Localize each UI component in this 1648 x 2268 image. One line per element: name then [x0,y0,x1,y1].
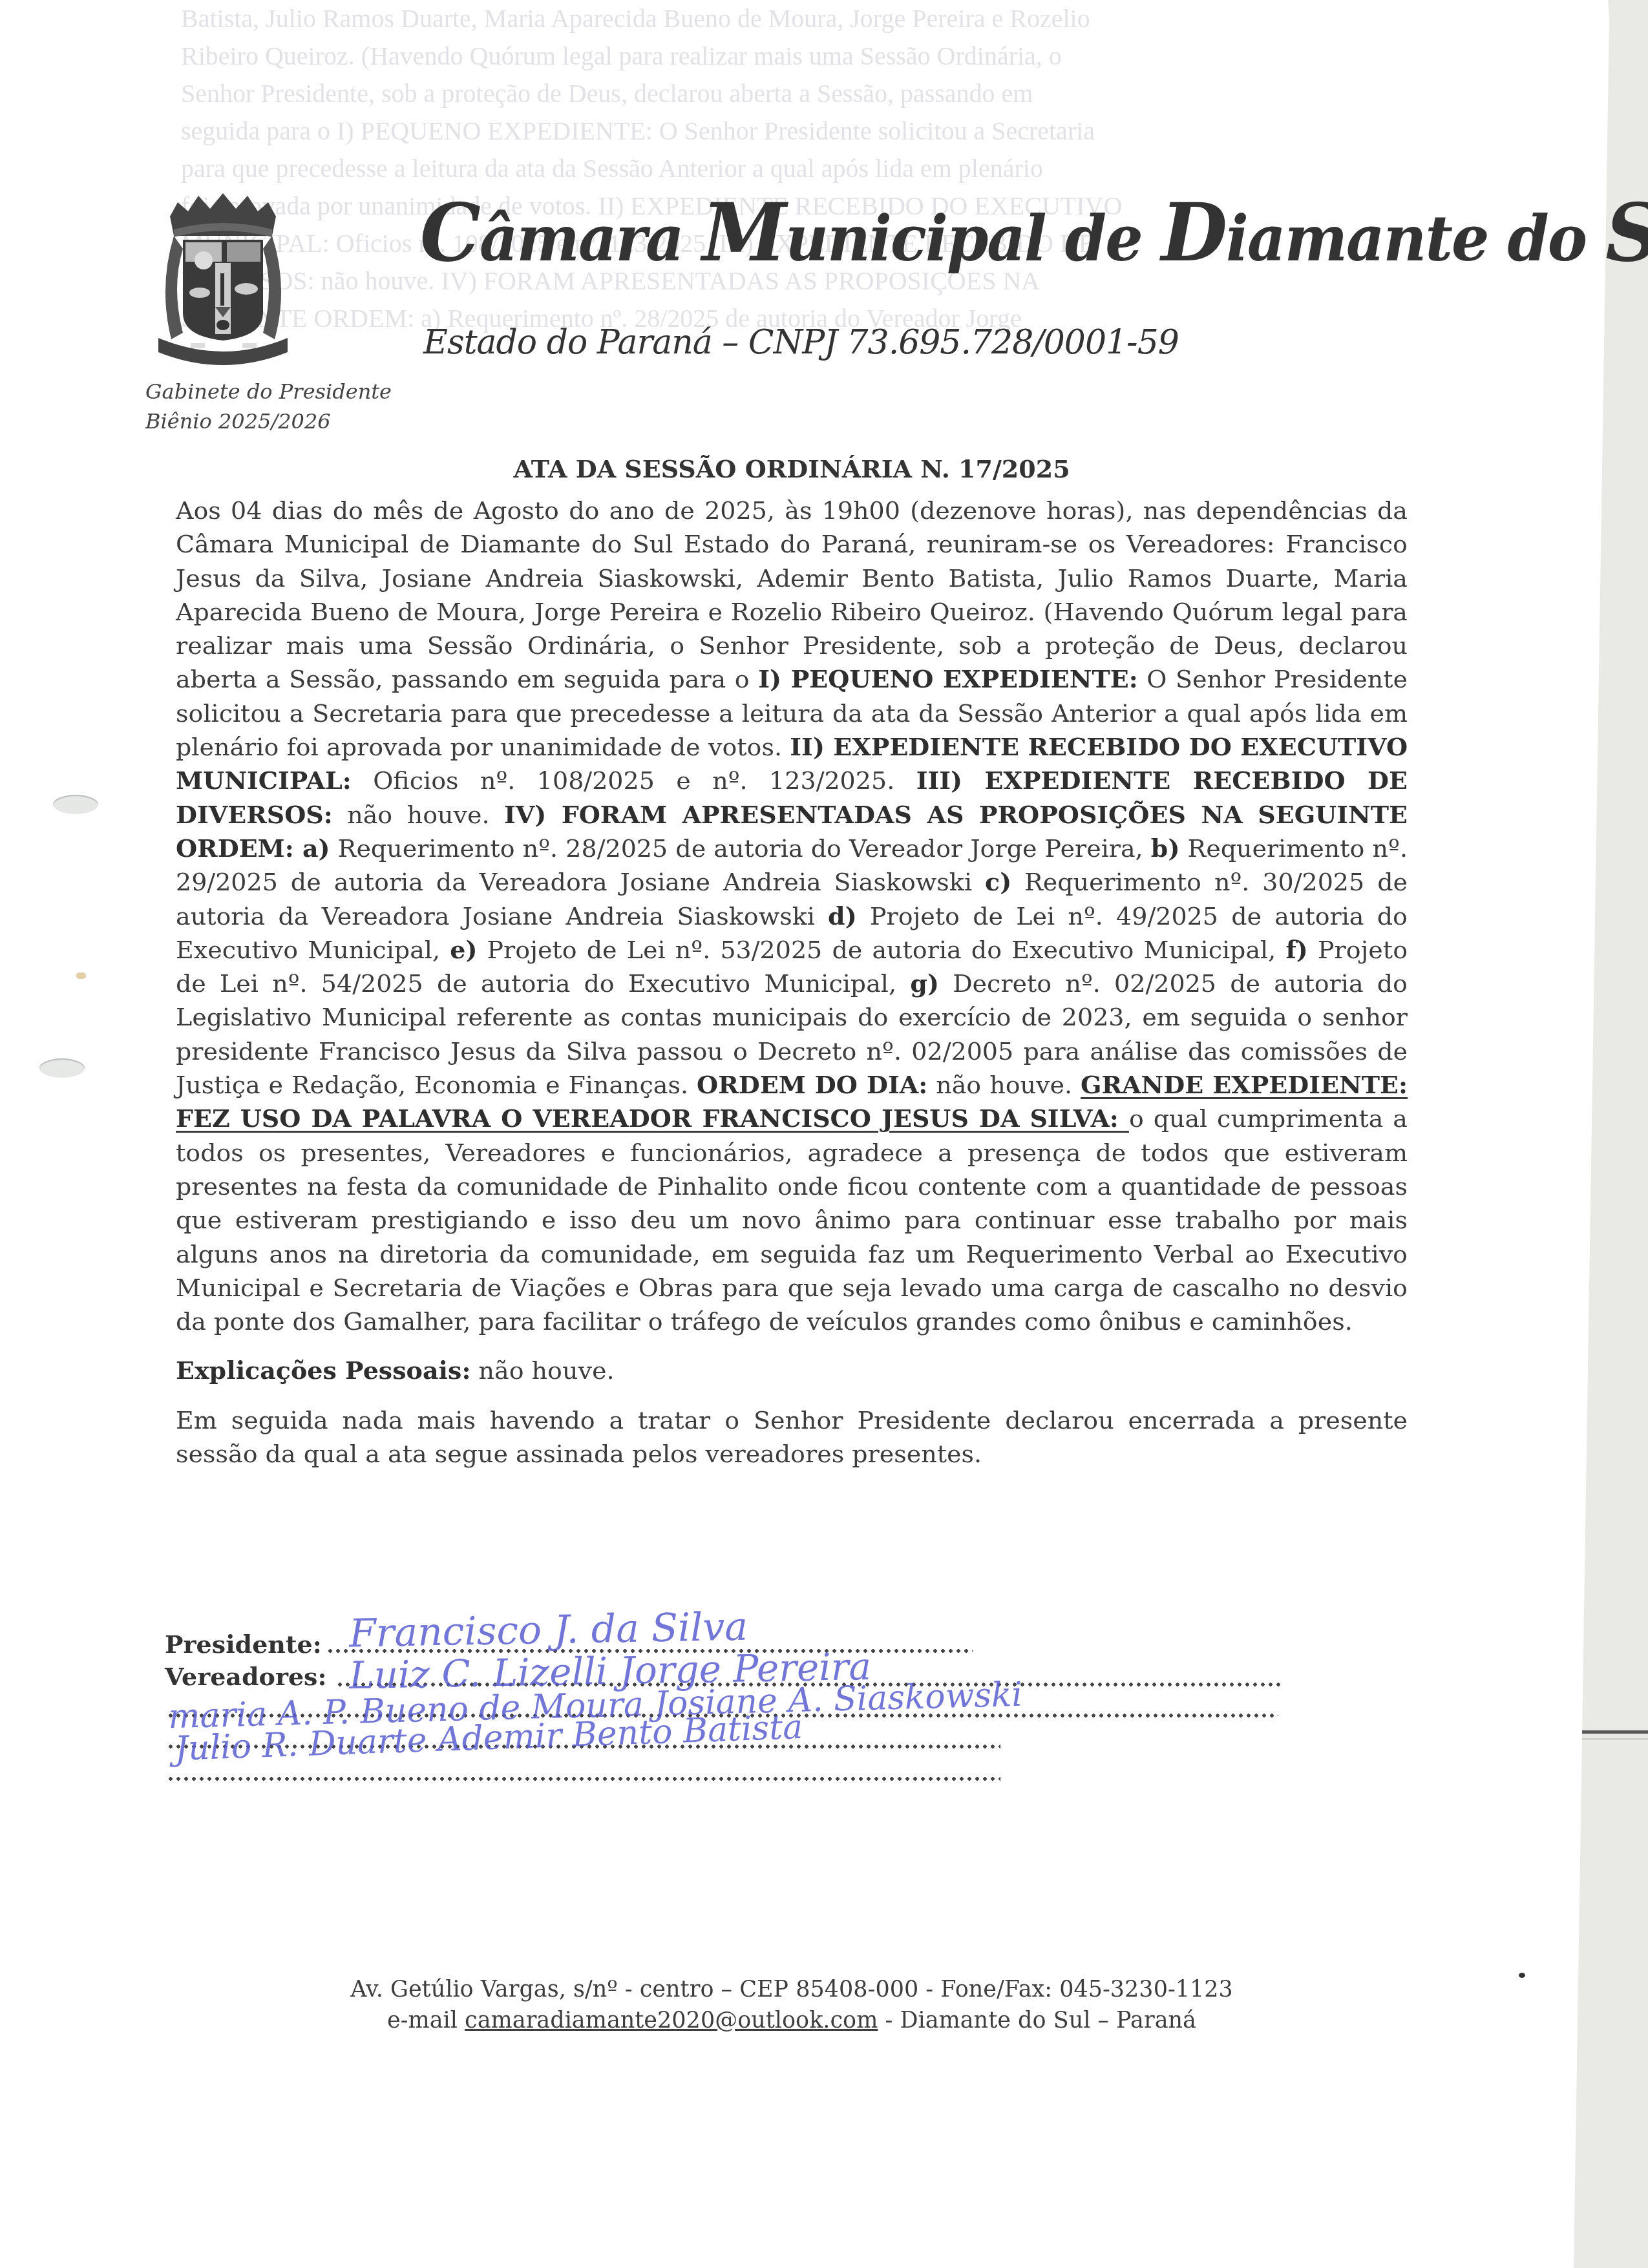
section-heading: b) [1151,834,1180,863]
office-block: Gabinete do Presidente Biênio 2025/2026 [145,377,392,436]
scanner-edge-line [1582,1738,1648,1740]
section-heading: c) [985,867,1011,896]
underlined-heading: FEZ USO DA PALAVRA O VEREADOR FRANCISCO … [176,1104,1129,1133]
minutes-body: Aos 04 dias do mês de Agosto do ano de 2… [176,494,1408,1471]
minutes-text: Oficios nº. 108/2025 e nº. 123/2025. [352,766,916,795]
title-initial: S [1605,185,1648,280]
section-label: Explicações Pessoais: [176,1356,470,1385]
office-name: Gabinete do Presidente [145,377,392,406]
footer-contact: e-mail camaradiamante2020@outlook.com - … [0,2005,1583,2036]
institution-name: Câmara Municipal de Diamante do Sul [420,185,1648,280]
paper-speck [76,972,86,979]
footer-address: Av. Getúlio Vargas, s/nº - centro – CEP … [0,1974,1583,2005]
punch-hole [53,795,98,814]
email-label: e-mail [387,2008,465,2033]
bleed-line: para que precedesse a leitura da ata da … [181,150,1409,187]
minutes-text: o qual cumprimenta a todos os presentes,… [176,1104,1408,1336]
bleed-line: Senhor Presidente, sob a proteção de Deu… [181,75,1409,112]
councillors-label: Vereadores: [165,1662,327,1691]
minutes-paragraph: Aos 04 dias do mês de Agosto do ano de 2… [176,494,1408,1338]
title-part: âmara [480,202,703,275]
bleed-line: Ribeiro Queiroz. (Havendo Quórum legal p… [181,37,1409,75]
underlined-heading: GRANDE EXPEDIENTE: [1081,1071,1408,1099]
bleed-line: Batista, Julio Ramos Duarte, Maria Apare… [181,0,1409,37]
punch-hole [39,1058,85,1078]
section-heading: GRANDE EXPEDIENTE: [1081,1070,1408,1099]
section-heading: f) [1285,935,1307,964]
councillors-signature-line: Vereadores: [165,1662,327,1691]
bleed-line: seguida para o I) PEQUENO EXPEDIENTE: O … [181,112,1409,150]
title-initial: D [1161,185,1226,280]
section-heading: g) [910,969,939,998]
institution-subtitle: Estado do Paraná – CNPJ 73.695.728/0001-… [423,323,1179,362]
minutes-text: Requerimento nº. 28/2025 de autoria do V… [330,834,1151,863]
president-signature-line: Presidente: [165,1630,322,1659]
title-initial: M [703,185,786,280]
coat-of-arms-icon [145,191,301,365]
section-heading: FEZ USO DA PALAVRA O VEREADOR FRANCISCO … [176,1104,1129,1133]
title-initial: C [420,185,480,280]
email-link[interactable]: camaradiamante2020@outlook.com [465,2008,878,2033]
minutes-text: Projeto de Lei nº. 53/2025 de autoria do… [477,936,1285,964]
footer-location: - Diamante do Sul – Paraná [878,2008,1196,2033]
section-heading: e) [450,935,477,964]
office-term: Biênio 2025/2026 [145,406,392,436]
minutes-text: não houve. [927,1071,1081,1099]
president-label: Presidente: [165,1630,322,1659]
minutes-text: não houve. [333,801,504,829]
section-heading: ORDEM DO DIA: [697,1070,927,1099]
title-part: iamante do [1226,202,1605,275]
section-value: não houve. [470,1356,614,1385]
personal-explanations: Explicações Pessoais: não houve. [176,1354,1408,1387]
section-heading: d) [828,901,857,930]
section-heading: I) PEQUENO EXPEDIENTE: [758,664,1137,693]
bleed-through-text: Batista, Julio Ramos Duarte, Maria Apare… [181,0,1409,362]
signature-dotted-line [167,1777,1000,1781]
document-title: ATA DA SESSÃO ORDINÁRIA N. 17/2025 [0,454,1583,483]
closing-paragraph: Em seguida nada mais havendo a tratar o … [176,1403,1408,1471]
title-part: unicipal de [785,202,1161,275]
scanner-edge-line [1582,1730,1648,1734]
